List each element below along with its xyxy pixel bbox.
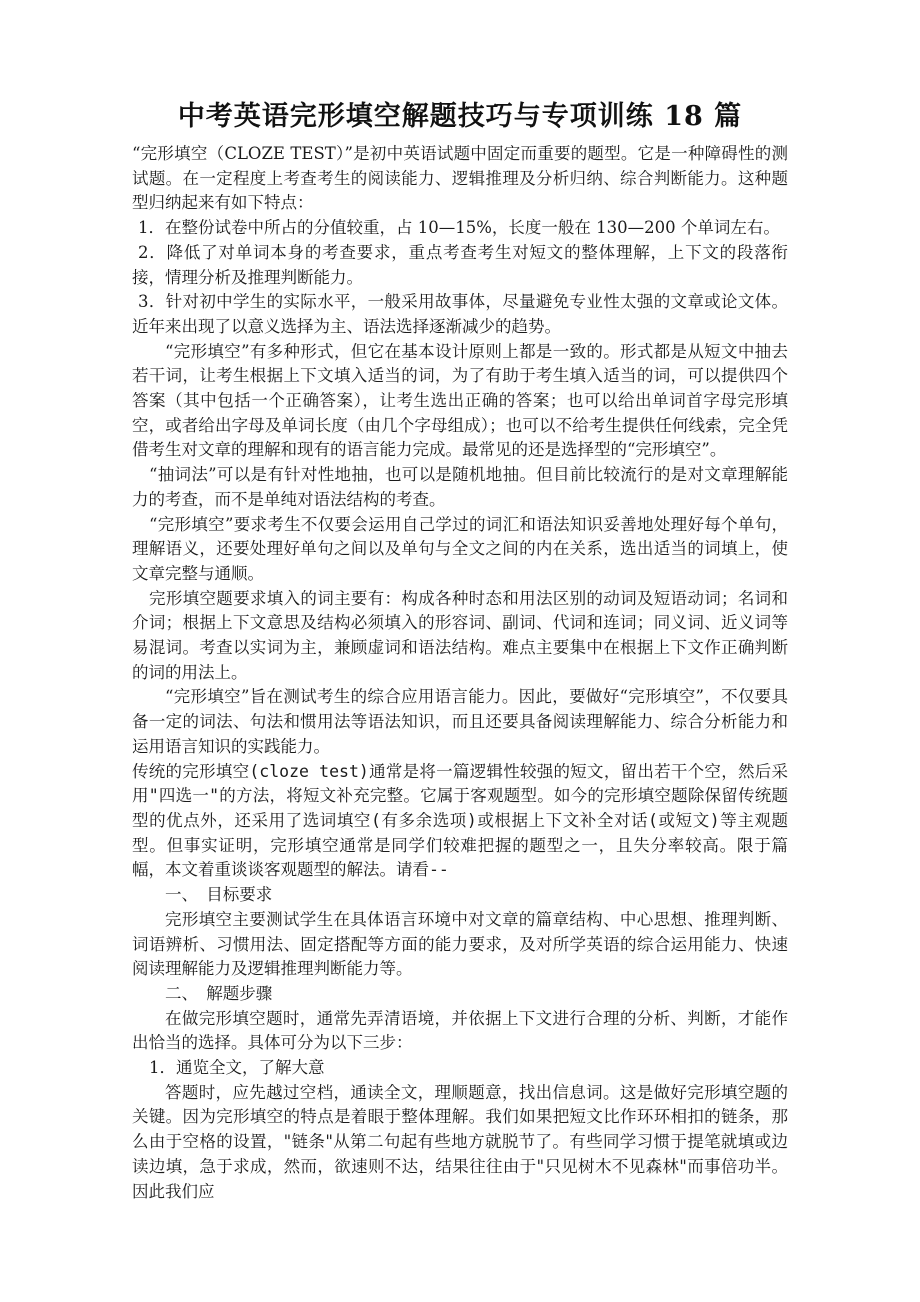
subsection-heading-skim: 1．通览全文，了解大意 bbox=[132, 1056, 788, 1081]
section-heading-steps: 二、 解题步骤 bbox=[132, 982, 788, 1007]
paragraph-word-types: 完形填空题要求填入的词主要有：构成各种时态和用法区别的动词及短语动词；名词和介词… bbox=[132, 587, 788, 686]
paragraph-steps-intro: 在做完形填空题时，通常先弄清语境，并依据上下文进行合理的分析、判断，才能作出恰当… bbox=[132, 1007, 788, 1056]
intro-paragraph: “完形填空（CLOZE TEST）”是初中英语试题中固定而重要的题型。它是一种障… bbox=[132, 142, 788, 216]
paragraph-purpose: “完形填空”旨在测试考生的综合应用语言能力。因此，要做好“完形填空”，不仅要具备… bbox=[132, 685, 788, 759]
feature-item-2: 2．降低了对单词本身的考查要求，重点考查考生对短文的整体理解，上下文的段落衔接，… bbox=[132, 241, 788, 290]
paragraph-requirements: “完形填空”要求考生不仅要会运用自己学过的词汇和语法知识妥善地处理好每个单句，理… bbox=[132, 513, 788, 587]
feature-item-1: 1．在整份试卷中所占的分值较重，占 10—15%，长度一般在 130—200 个… bbox=[132, 216, 788, 241]
paragraph-goals: 完形填空主要测试学生在具体语言环境中对文章的篇章结构、中心思想、推理判断、词语辨… bbox=[132, 908, 788, 982]
section-heading-goals: 一、 目标要求 bbox=[132, 883, 788, 908]
paragraph-word-extraction: “抽词法”可以是有针对性地抽，也可以是随机地抽。但目前比较流行的是对文章理解能力… bbox=[132, 463, 788, 512]
paragraph-traditional-cloze: 传统的完形填空(cloze test)通常是将一篇逻辑性较强的短文，留出若干个空… bbox=[132, 760, 788, 884]
document-body: “完形填空（CLOZE TEST）”是初中英语试题中固定而重要的题型。它是一种障… bbox=[0, 142, 920, 1204]
document-title: 中考英语完形填空解题技巧与专项训练 18 篇 bbox=[0, 0, 920, 142]
paragraph-skim-detail: 答题时，应先越过空档，通读全文，理顺题意，找出信息词。这是做好完形填空题的关键。… bbox=[132, 1081, 788, 1205]
document-page: 中考英语完形填空解题技巧与专项训练 18 篇 “完形填空（CLOZE TEST）… bbox=[0, 0, 920, 1302]
feature-item-3: 3．针对初中学生的实际水平，一般采用故事体，尽量避免专业性太强的文章或论文体。近… bbox=[132, 290, 788, 339]
paragraph-forms: “完形填空”有多种形式，但它在基本设计原则上都是一致的。形式都是从短文中抽去若干… bbox=[132, 340, 788, 464]
